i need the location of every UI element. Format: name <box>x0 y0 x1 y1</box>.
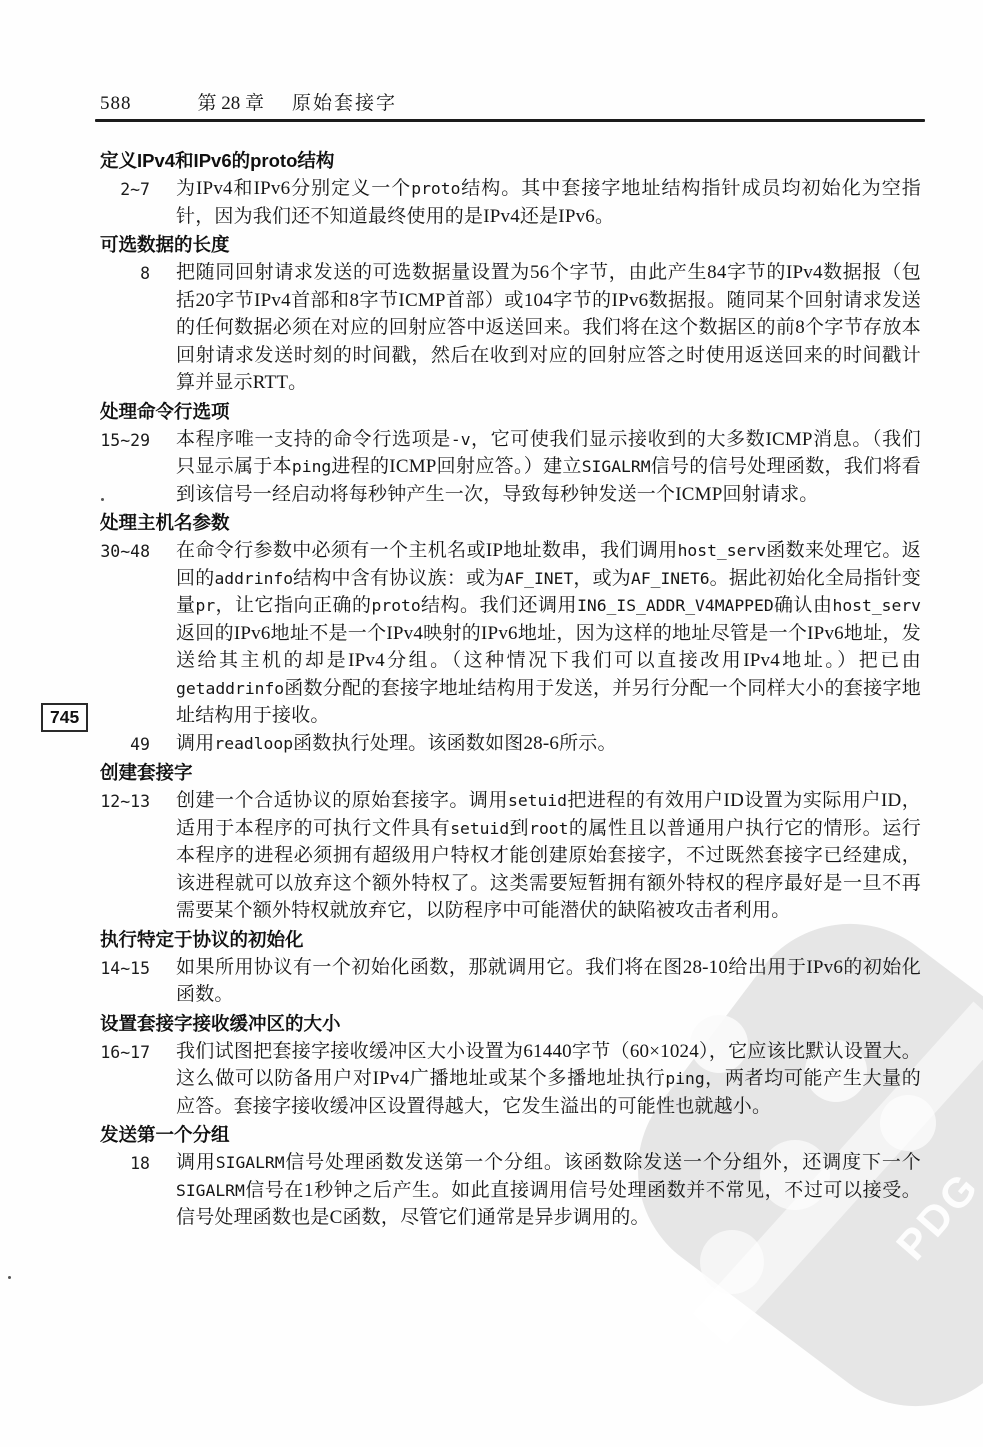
line-number-range: 49 <box>100 730 150 759</box>
paragraph-text: 如果所用协议有一个初始化函数，那就调用它。我们将在图28-10给出用于IPv6的… <box>176 954 921 1009</box>
commentary-paragraph: 16~17 我们试图把套接字接收缓冲区大小设置为61440字节（60×1024）… <box>100 1038 922 1121</box>
section-heading: 可选数据的长度 <box>100 231 922 258</box>
header-rule <box>95 119 925 122</box>
watermark-seal-glyph <box>700 1230 764 1294</box>
section-heading: 创建套接字 <box>100 759 922 786</box>
commentary-paragraph: 18 调用SIGALRM信号处理函数发送第一个分组。该函数除发送一个分组外，还调… <box>100 1149 922 1232</box>
line-number-range: 12~13 <box>100 787 150 925</box>
paragraph-text: 把随同回射请求发送的可选数据量设置为56个字节，由此产生84字节的IPv4数据报… <box>176 259 921 397</box>
paragraph-text: 调用readloop函数执行处理。该函数如图28-6所示。 <box>176 730 921 759</box>
chapter-title: 原始套接字 <box>292 92 397 116</box>
paragraph-text: 调用SIGALRM信号处理函数发送第一个分组。该函数除发送一个分组外，还调度下一… <box>176 1149 921 1232</box>
commentary-paragraph: 12~13 创建一个合适协议的原始套接字。调用setuid把进程的有效用户ID设… <box>100 787 922 925</box>
section-protocol-init: 执行特定于协议的初始化 14~15 如果所用协议有一个初始化函数，那就调用它。我… <box>100 926 922 1009</box>
book-page: PDG 588 第 28 章 原始套接字 745 定义IPv4和IPv6的pro… <box>0 0 983 1447</box>
commentary-paragraph: 14~15 如果所用协议有一个初始化函数，那就调用它。我们将在图28-10给出用… <box>100 954 922 1009</box>
commentary-paragraph: 15~29 本程序唯一支持的命令行选项是-v，它可使我们显示接收到的大多数ICM… <box>100 426 922 509</box>
section-send-first-packet: 发送第一个分组 18 调用SIGALRM信号处理函数发送第一个分组。该函数除发送… <box>100 1121 922 1232</box>
commentary-paragraph: 49 调用readloop函数执行处理。该函数如图28-6所示。 <box>100 730 922 759</box>
line-number-range: 2~7 <box>100 175 150 230</box>
line-number-range: 30~48 <box>100 537 150 730</box>
line-number-range: 14~15 <box>100 954 150 1009</box>
commentary-content: 定义IPv4和IPv6的proto结构 2~7 为IPv4和IPv6分别定义一个… <box>100 146 922 1233</box>
section-create-socket: 创建套接字 12~13 创建一个合适协议的原始套接字。调用setuid把进程的有… <box>100 759 922 925</box>
chapter-label: 第 28 章 <box>198 92 265 116</box>
section-heading: 发送第一个分组 <box>100 1121 922 1148</box>
commentary-paragraph: 2~7 为IPv4和IPv6分别定义一个proto结构。其中套接字地址结构指针成… <box>100 175 922 230</box>
line-number-range: 18 <box>100 1149 150 1232</box>
section-hostname-argument: 处理主机名参数 30~48 在命令行参数中必须有一个主机名或IP地址数串，我们调… <box>100 509 922 758</box>
page-header: 588 第 28 章 原始套接字 <box>100 92 920 116</box>
line-number-range: 8 <box>100 259 150 397</box>
paragraph-text: 我们试图把套接字接收缓冲区大小设置为61440字节（60×1024），它应该比默… <box>176 1038 921 1121</box>
section-recv-buffer-size: 设置套接字接收缓冲区的大小 16~17 我们试图把套接字接收缓冲区大小设置为61… <box>100 1010 922 1121</box>
section-proto-struct: 定义IPv4和IPv6的proto结构 2~7 为IPv4和IPv6分别定义一个… <box>100 147 922 230</box>
section-heading: 设置套接字接收缓冲区的大小 <box>100 1010 922 1037</box>
section-command-line-options: 处理命令行选项 15~29 本程序唯一支持的命令行选项是-v，它可使我们显示接收… <box>100 398 922 509</box>
section-heading: 定义IPv4和IPv6的proto结构 <box>100 147 922 174</box>
line-number-range: 15~29 <box>100 426 150 509</box>
paragraph-text: 在命令行参数中必须有一个主机名或IP地址数串，我们调用host_serv函数来处… <box>176 537 921 730</box>
line-number-range: 16~17 <box>100 1038 150 1121</box>
paragraph-text: 创建一个合适协议的原始套接字。调用setuid把进程的有效用户ID设置为实际用户… <box>176 787 921 925</box>
section-heading: 执行特定于协议的初始化 <box>100 926 922 953</box>
section-heading: 处理命令行选项 <box>100 398 922 425</box>
scan-speck <box>8 1276 11 1279</box>
page-number: 588 <box>100 92 132 116</box>
paragraph-text: 本程序唯一支持的命令行选项是-v，它可使我们显示接收到的大多数ICMP消息。（我… <box>176 426 921 509</box>
paragraph-text: 为IPv4和IPv6分别定义一个proto结构。其中套接字地址结构指针成员均初始… <box>176 175 921 230</box>
margin-page-marker: 745 <box>41 703 88 732</box>
commentary-paragraph: 8 把随同回射请求发送的可选数据量设置为56个字节，由此产生84字节的IPv4数… <box>100 259 922 397</box>
section-heading: 处理主机名参数 <box>100 509 922 536</box>
commentary-paragraph: 30~48 在命令行参数中必须有一个主机名或IP地址数串，我们调用host_se… <box>100 537 922 730</box>
section-optional-data-length: 可选数据的长度 8 把随同回射请求发送的可选数据量设置为56个字节，由此产生84… <box>100 231 922 397</box>
